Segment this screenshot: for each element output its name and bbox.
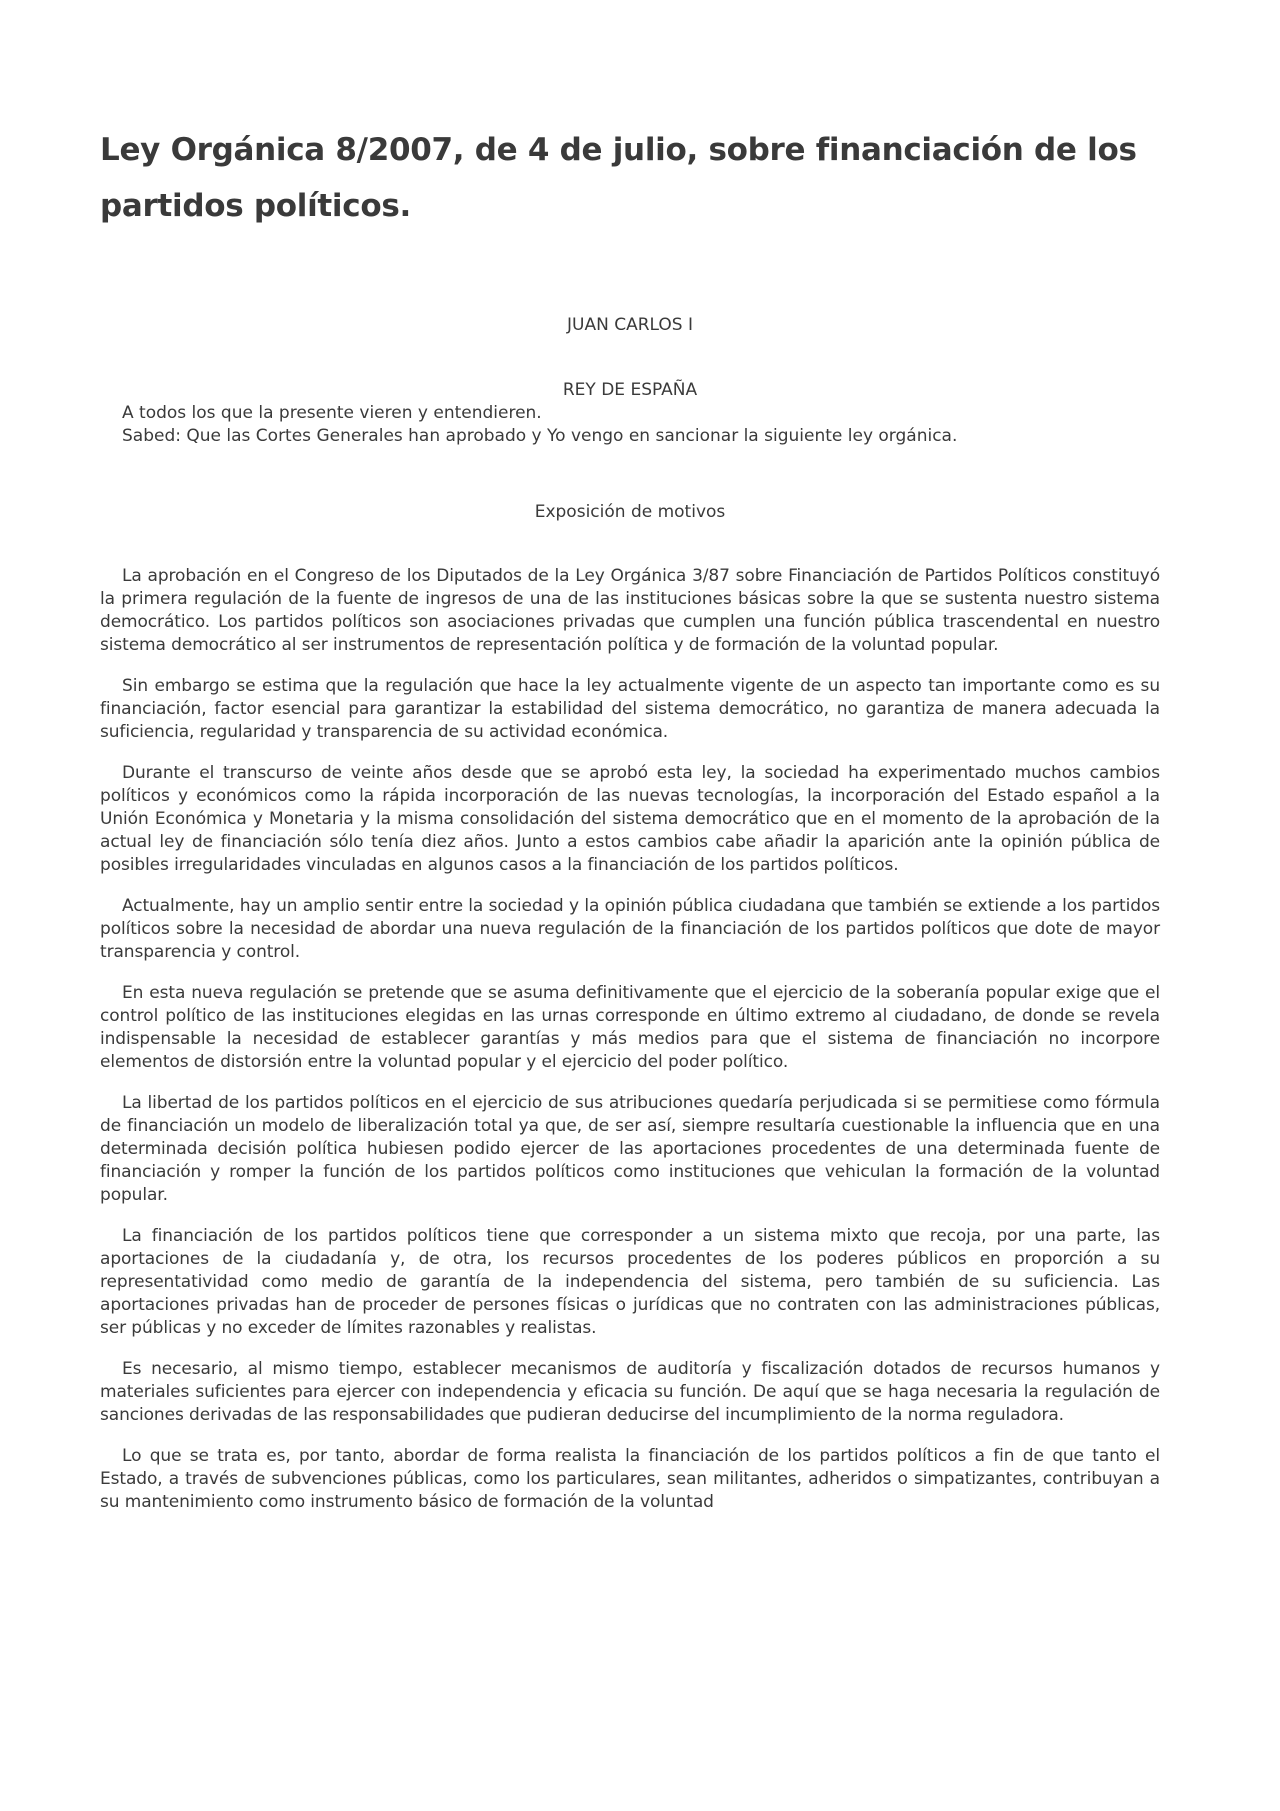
document-title: Ley Orgánica 8/2007, de 4 de julio, sobr… <box>100 122 1160 234</box>
paragraph-9: Lo que se trata es, por tanto, abordar d… <box>100 1445 1160 1514</box>
paragraph-2: Sin embargo se estima que la regulación … <box>100 675 1160 744</box>
paragraph-8: Es necesario, al mismo tiempo, establece… <box>100 1358 1160 1427</box>
paragraph-6: La libertad de los partidos políticos en… <box>100 1092 1160 1207</box>
paragraph-5: En esta nueva regulación se pretende que… <box>100 982 1160 1074</box>
section-heading: Exposición de motivos <box>100 501 1160 524</box>
preamble-line-1: A todos los que la presente vieren y ent… <box>100 402 1160 425</box>
paragraph-1: La aprobación en el Congreso de los Dipu… <box>100 565 1160 657</box>
preamble-line-2: Sabed: Que las Cortes Generales han apro… <box>100 425 1160 448</box>
document-body: Ley Orgánica 8/2007, de 4 de julio, sobr… <box>100 122 1160 1514</box>
paragraph-7: La financiación de los partidos político… <box>100 1225 1160 1340</box>
paragraph-4: Actualmente, hay un amplio sentir entre … <box>100 895 1160 964</box>
document-page: { "document": { "title": "Ley Orgánica 8… <box>0 0 1280 1811</box>
royal-title: REY DE ESPAÑA <box>100 379 1160 402</box>
royal-name: JUAN CARLOS I <box>100 314 1160 337</box>
paragraph-3: Durante el transcurso de veinte años des… <box>100 762 1160 877</box>
